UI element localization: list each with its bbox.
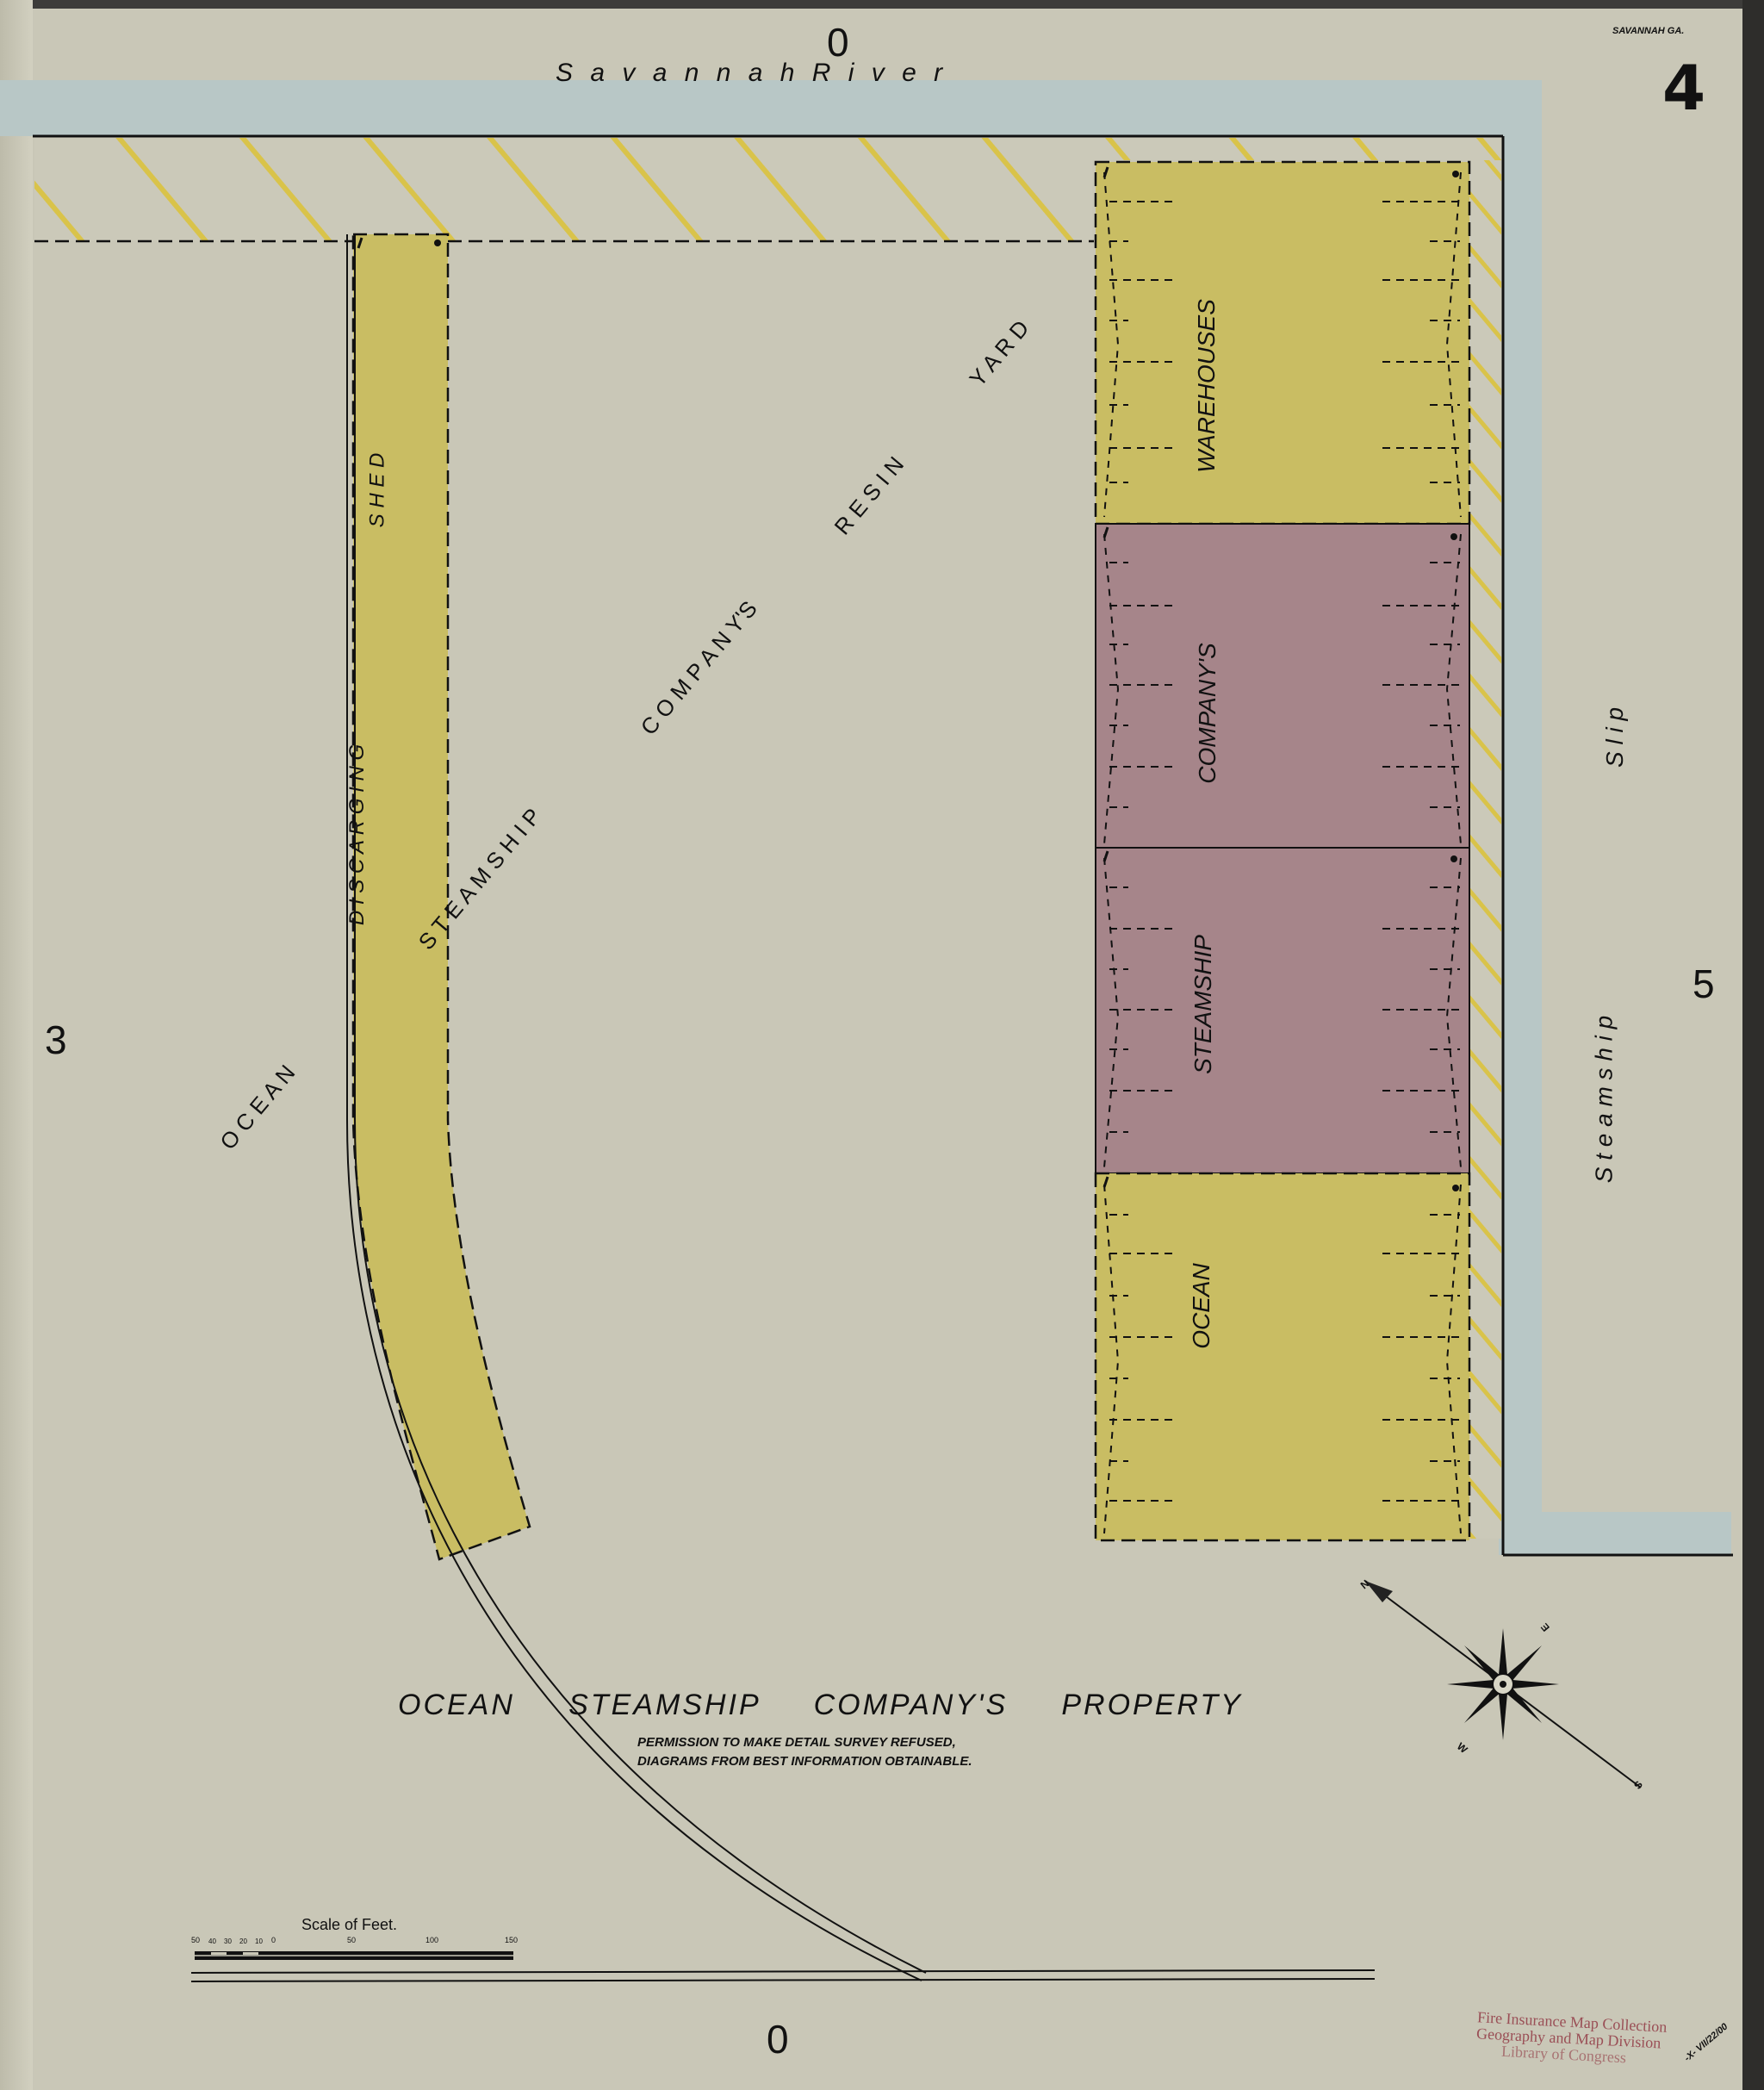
scale-title: Scale of Feet. xyxy=(301,1916,397,1934)
library-stamp: Fire Insurance Map Collection Geography … xyxy=(1475,2009,1668,2068)
shed-label-shed: S H E D xyxy=(365,453,389,528)
adjoining-sheet-left[interactable]: 3 xyxy=(45,1017,67,1063)
survey-note-line-2: DIAGRAMS FROM BEST INFORMATION OBTAINABL… xyxy=(637,1754,972,1769)
city-header: SAVANNAH GA. xyxy=(1612,26,1684,36)
discharging-shed xyxy=(353,234,530,1559)
warehouse-label-steamship: STEAMSHIP xyxy=(1189,935,1217,1074)
scale-tick-30: 30 xyxy=(224,1938,232,1945)
page-number: 4 xyxy=(1662,52,1705,124)
slip-label-steamship: S t e a m s h i p xyxy=(1590,1016,1618,1184)
survey-note-line-1: PERMISSION TO MAKE DETAIL SURVEY REFUSED… xyxy=(637,1735,956,1750)
property-title: OCEAN STEAMSHIP COMPANY'S PROPERTY xyxy=(398,1689,1243,1722)
street-number-bottom: 0 xyxy=(767,2016,789,2062)
scale-bar xyxy=(195,1951,513,1960)
compass-rose xyxy=(1365,1581,1641,1788)
adjoining-sheet-right[interactable]: 5 xyxy=(1693,961,1715,1007)
river-label: S a v a n n a h R i v e r xyxy=(556,59,947,88)
scale-tick-0: 0 xyxy=(271,1936,276,1944)
map-drawing xyxy=(0,0,1764,2090)
scale-tick-150: 150 xyxy=(505,1936,518,1944)
slip-label-slip: S l i p xyxy=(1601,707,1629,768)
warehouse-label-ocean: OCEAN xyxy=(1188,1263,1215,1349)
shed-label-discarging: D I S C A R G I N G xyxy=(345,744,370,925)
scale-tick-50: 50 xyxy=(347,1936,356,1944)
scale-tick-100: 100 xyxy=(425,1936,438,1944)
warehouses-block xyxy=(1096,162,1469,1540)
scale-tick-40: 40 xyxy=(208,1938,216,1945)
scale-tick-50l: 50 xyxy=(191,1936,200,1944)
scale-tick-20: 20 xyxy=(239,1938,247,1945)
warehouse-label-warehouses: WAREHOUSES xyxy=(1193,299,1221,473)
warehouse-label-companys: COMPANY'S xyxy=(1194,643,1221,784)
scale-tick-10: 10 xyxy=(255,1938,263,1945)
